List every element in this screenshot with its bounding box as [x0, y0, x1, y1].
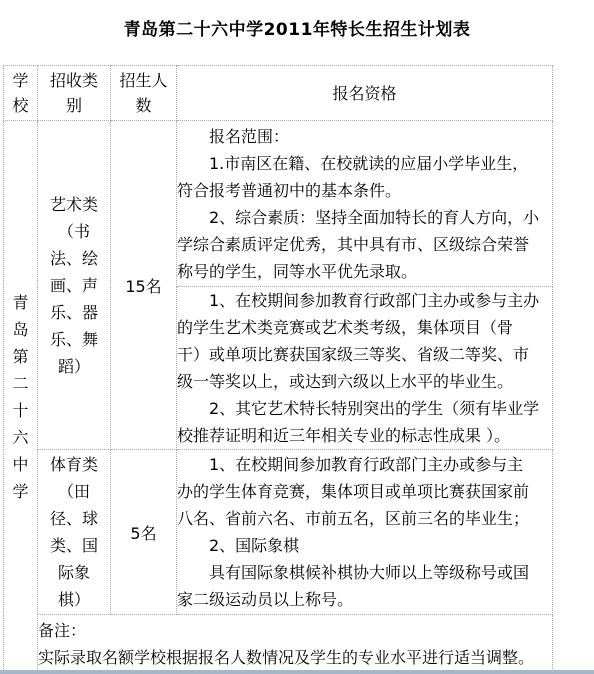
qualification-art-part1-cell: 报名范围： 1.市南区在籍、在校就读的应届小学毕业生， 符合报考普通初中的基本条… — [177, 121, 553, 287]
enrollment-table: 学 校 招收类 别 招生人 数 报名资格 青 岛 第 二 十 六 中 学 艺术类… — [3, 65, 553, 673]
window-bottom-edge — [0, 670, 594, 674]
qualification-sports-cell: 1、在校期间参加教育行政部门主办或参与主 办的学生体育竞赛，集体项目或单项比赛获… — [177, 450, 553, 615]
header-qualification: 报名资格 — [177, 66, 553, 121]
header-quota: 招生人 数 — [111, 66, 177, 121]
category-art-cell: 艺术类 （书 法、绘 画、声 乐、器 乐、舞 蹈） — [38, 121, 111, 450]
header-category: 招收类 别 — [38, 66, 111, 121]
remarks-cell: 备注： 实际录取名额学校根据报名人数情况及学生的专业水平进行适当调整。 — [38, 615, 553, 673]
sports-row: 体育类 （田 径、球 类、国 际象 棋） 5名 1、在校期间参加教育行政部门主办… — [4, 450, 553, 615]
header-row: 学 校 招收类 别 招生人 数 报名资格 — [4, 66, 553, 121]
qualification-art-part2-cell: 1、在校期间参加教育行政部门主办或参与主办 的学生艺术类竞赛或艺术类考级，集体项… — [177, 287, 553, 450]
category-sports-cell: 体育类 （田 径、球 类、国 际象 棋） — [38, 450, 111, 615]
school-name-cell: 青 岛 第 二 十 六 中 学 — [4, 121, 38, 673]
art-row-part1: 青 岛 第 二 十 六 中 学 艺术类 （书 法、绘 画、声 乐、器 乐、舞 蹈… — [4, 121, 553, 287]
page-title: 青岛第二十六中学2011年特长生招生计划表 — [0, 0, 594, 39]
header-school: 学 校 — [4, 66, 38, 121]
remarks-row: 备注： 实际录取名额学校根据报名人数情况及学生的专业水平进行适当调整。 — [4, 615, 553, 673]
quota-sports-cell: 5名 — [111, 450, 177, 615]
quota-art-cell: 15名 — [111, 121, 177, 450]
